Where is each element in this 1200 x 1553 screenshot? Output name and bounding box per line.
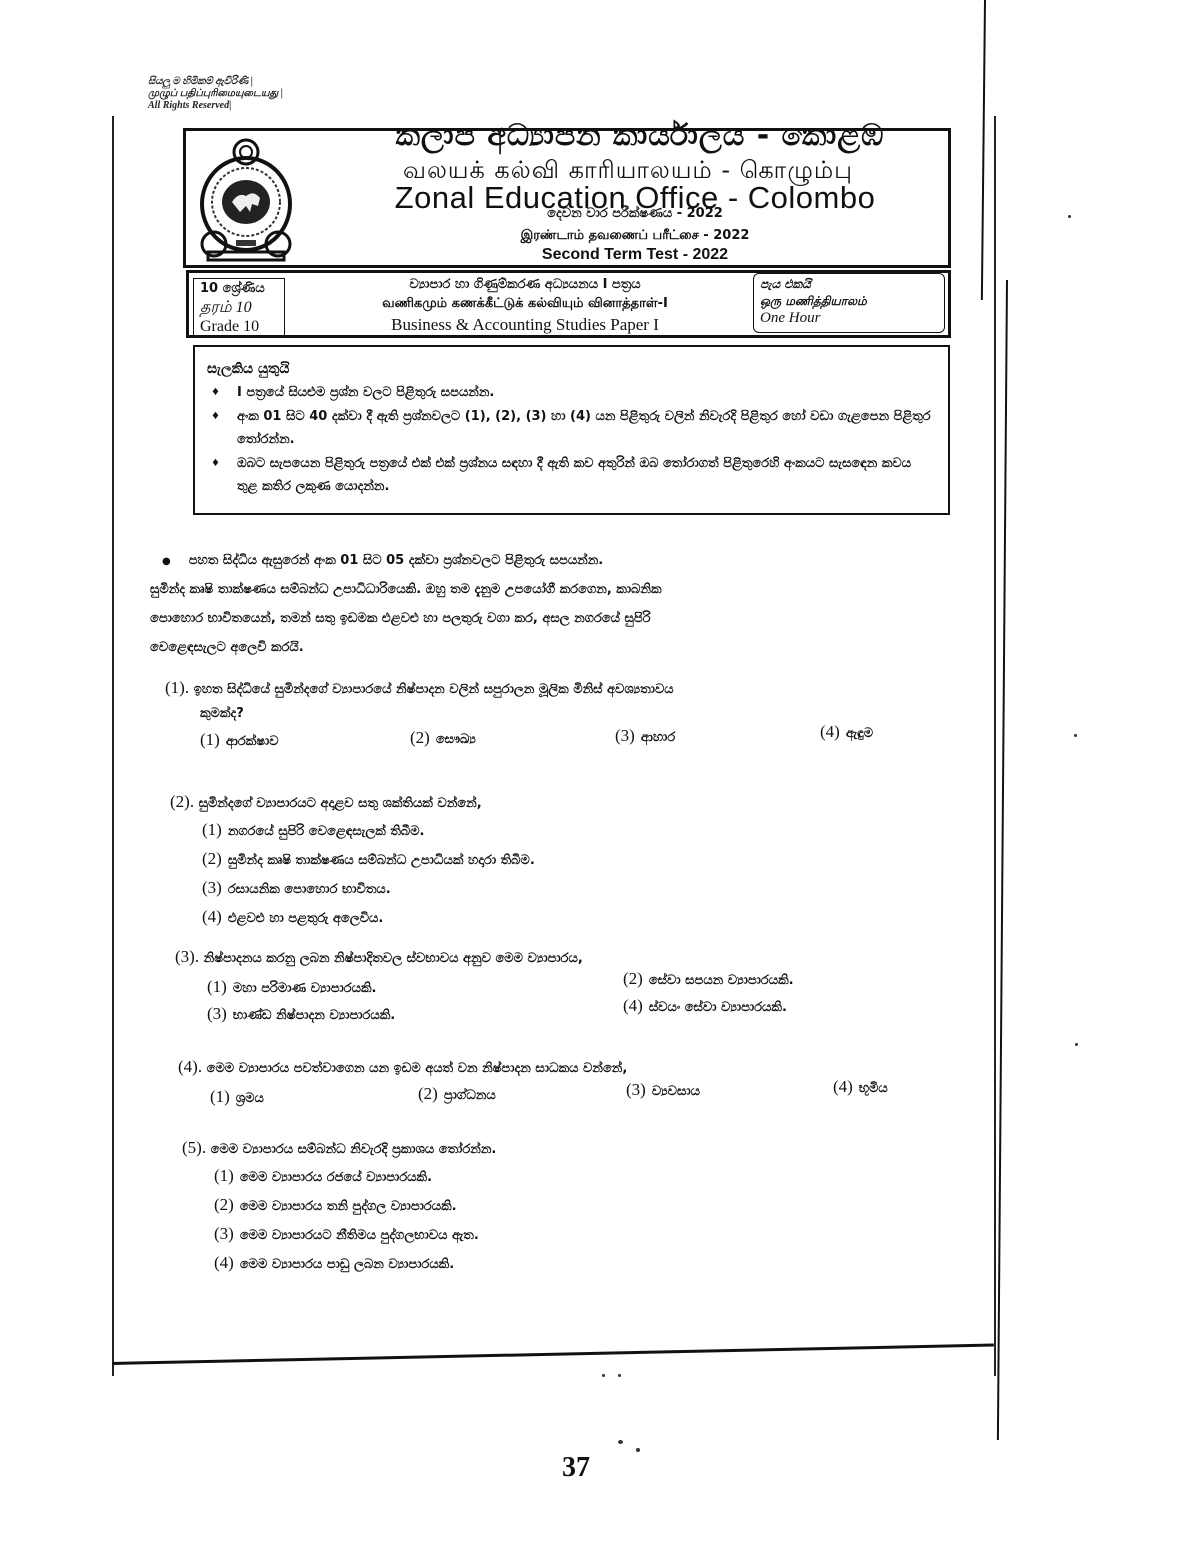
grade-english: Grade 10 <box>200 317 284 336</box>
scan-speck <box>618 1440 623 1444</box>
question-stem: සුමින්දගේ ව්‍යාපාරයට අදාළව සතු ශක්තියක් … <box>199 796 482 811</box>
question-number: (3). <box>175 947 199 966</box>
scan-speck <box>618 1374 621 1377</box>
scan-speck <box>1075 1043 1078 1046</box>
term-tamil: இரண்டாம் தவணைப் பரீட்சை - 2022 <box>330 228 940 244</box>
subject-title: ව්‍යාපාර හා ගිණුම්කරණ අධ්‍යයනය I පත්‍රය … <box>300 276 750 336</box>
scan-speck <box>636 1448 640 1452</box>
passage-line: වෙළෙඳසැලට අලෙවි කරයි. <box>150 633 950 662</box>
question-stem: ඉහත සිද්ධියේ සුමින්දගේ ව්‍යාපාරයේ නිෂ්පා… <box>194 682 674 697</box>
option-1[interactable]: (1)මහා පරිමාණ ව්‍යාපාරයකි. <box>207 973 376 1002</box>
question-5: (5). මෙම ව්‍යාපාරය සම්බන්ධ නිවැරදි ප්‍රක… <box>182 1136 782 1278</box>
rights-sinhala: සියලු ම හිමිකම් ඇවිරිණි | <box>148 76 283 88</box>
question-stem: මෙම ව්‍යාපාරය සම්බන්ධ නිවැරදි ප්‍රකාශය ත… <box>211 1142 497 1157</box>
option-1[interactable]: (1)ආරක්ෂාව <box>200 726 279 755</box>
term-sinhala: දෙවන වාර පරීක්ෂණය - 2022 <box>330 206 940 221</box>
rights-english: All Rights Reserved| <box>148 100 283 112</box>
option-4[interactable]: (4)ඇඳුම <box>820 718 873 747</box>
scan-speck <box>602 1374 605 1377</box>
instruction-item: ඔබට සැපයෙන පිළිතුරු පත්‍රයේ එක් එක් ප්‍ර… <box>207 452 936 498</box>
passage-line: පොහොර භාවිතයෙන්, තමන් සතු ඉඩමක එළවළු හා … <box>150 604 950 633</box>
option-4[interactable]: (4)මෙම ව්‍යාපාරය පාඩු ලබන ව්‍යාපාරයකි. <box>182 1249 782 1278</box>
option-2[interactable]: (2)සෞඛ්‍ය <box>410 724 476 753</box>
duration-sinhala: පැය එකයි <box>760 276 938 293</box>
office-name-sinhala: කලාප අධ්‍යාපන කාර්යාලය - කොළඹ <box>330 118 950 153</box>
duration-english: One Hour <box>760 310 938 327</box>
option-3[interactable]: (3)ආහාර <box>615 722 675 751</box>
option-3[interactable]: (3)භාණ්ඩ නිෂ්පාදන ව්‍යාපාරයකි. <box>207 1000 395 1029</box>
sri-lanka-emblem-icon <box>198 136 294 262</box>
rights-notice: සියලු ම හිමිකම් ඇවිරිණි | முழுப் பதிப்பு… <box>148 76 283 112</box>
scan-edge-line <box>997 280 1008 1440</box>
grade-box: 10 ශ්‍රේණිය தரம் 10 Grade 10 <box>193 278 285 336</box>
option-4[interactable]: (4)එළවළු හා පළතුරු අලෙවිය. <box>170 903 870 932</box>
passage-lead: පහත සිද්ධිය ඇසුරෙන් අංක 01 සිට 05 දක්වා … <box>150 548 950 575</box>
option-2[interactable]: (2)සුමින්ද කෘෂි තාක්ෂණය සම්බන්ධ උපාධියක්… <box>170 845 870 874</box>
grade-tamil: தரம் 10 <box>200 298 284 317</box>
subject-english: Business & Accounting Studies Paper I <box>300 314 750 336</box>
question-1: (1). ඉහත සිද්ධියේ සුමින්දගේ ව්‍යාපාරයේ න… <box>165 676 955 754</box>
question-2: (2). සුමින්දගේ ව්‍යාපාරයට අදාළව සතු ශක්ත… <box>170 790 870 932</box>
option-3[interactable]: (3)මෙම ව්‍යාපාරයට නීතිමය පුද්ගලභාවය ඇත. <box>182 1220 782 1249</box>
question-3: (3). නිෂ්පාදනය කරනු ලබන නිෂ්පාදිතවල ස්වභ… <box>175 945 895 1025</box>
question-number: (4). <box>178 1057 202 1076</box>
instructions-box: සැලකිය යුතුයි I පත්‍රයේ සියළුම ප්‍රශ්න ව… <box>193 345 950 515</box>
option-1[interactable]: (1)මෙම ව්‍යාපාරය රජයේ ව්‍යාපාරයකි. <box>182 1162 782 1191</box>
option-2[interactable]: (2)මෙම ව්‍යාපාරය තනි පුද්ගල ව්‍යාපාරයකි. <box>182 1191 782 1220</box>
instruction-item: අංක 01 සිට 40 දක්වා දී ඇති ප්‍රශ්නවලට (1… <box>207 405 936 451</box>
case-passage: පහත සිද්ධිය ඇසුරෙන් අංක 01 සිට 05 දක්වා … <box>150 548 950 662</box>
scan-speck <box>1074 734 1077 737</box>
subject-tamil: வணிகமும் கணக்கீட்டுக் கல்வியும் வினாத்தா… <box>300 294 750 314</box>
option-4[interactable]: (4)ස්වයං සේවා ව්‍යාපාරයකි. <box>623 992 787 1021</box>
option-4[interactable]: (4)භූමිය <box>833 1073 888 1102</box>
scan-speck <box>1068 215 1071 218</box>
option-1[interactable]: (1)නගරයේ සුපිරි වෙළෙඳසැලක් තිබීම. <box>170 816 870 845</box>
rights-tamil: முழுப் பதிப்புரிமையுடையது | <box>148 88 283 100</box>
passage-line: සුමින්ද කෘෂි තාක්ෂණය සම්බන්ධ උපාධිධාරියෙ… <box>150 575 950 604</box>
option-1[interactable]: (1)ශ්‍රමය <box>210 1083 264 1112</box>
subject-sinhala: ව්‍යාපාර හා ගිණුම්කරණ අධ්‍යයනය I පත්‍රය <box>300 276 750 294</box>
duration-box: පැය එකයි ஒரு மணித்தியாலம் One Hour <box>753 273 945 333</box>
question-stem: නිෂ්පාදනය කරනු ලබන නිෂ්පාදිතවල ස්වභාවය අ… <box>204 951 583 966</box>
question-number: (5). <box>182 1138 206 1157</box>
option-3[interactable]: (3)රසායනික පොහොර භාවිතය. <box>170 874 870 903</box>
question-number: (1). <box>165 678 189 697</box>
option-2[interactable]: (2)ප්‍රාග්ධනය <box>418 1080 496 1109</box>
term-english: Second Term Test - 2022 <box>330 246 940 264</box>
duration-tamil: ஒரு மணித்தியாலம் <box>760 293 938 310</box>
option-2[interactable]: (2)සේවා සපයන ව්‍යාපාරයකි. <box>623 965 794 994</box>
instruction-item: I පත්‍රයේ සියළුම ප්‍රශ්න වලට පිළිතුරු සප… <box>207 381 936 404</box>
question-stem: මෙම ව්‍යාපාරය පවත්වාගෙන යන ඉඩම අයත් වන න… <box>207 1061 628 1076</box>
question-number: (2). <box>170 792 194 811</box>
question-4: (4). මෙම ව්‍යාපාරය පවත්වාගෙන යන ඉඩම අයත්… <box>178 1055 918 1110</box>
instructions-title: සැලකිය යුතුයි <box>207 361 936 377</box>
grade-sinhala: 10 ශ්‍රේණිය <box>200 279 284 298</box>
page-number: 37 <box>562 1452 590 1484</box>
option-3[interactable]: (3)ව්‍යවසාය <box>626 1076 700 1105</box>
